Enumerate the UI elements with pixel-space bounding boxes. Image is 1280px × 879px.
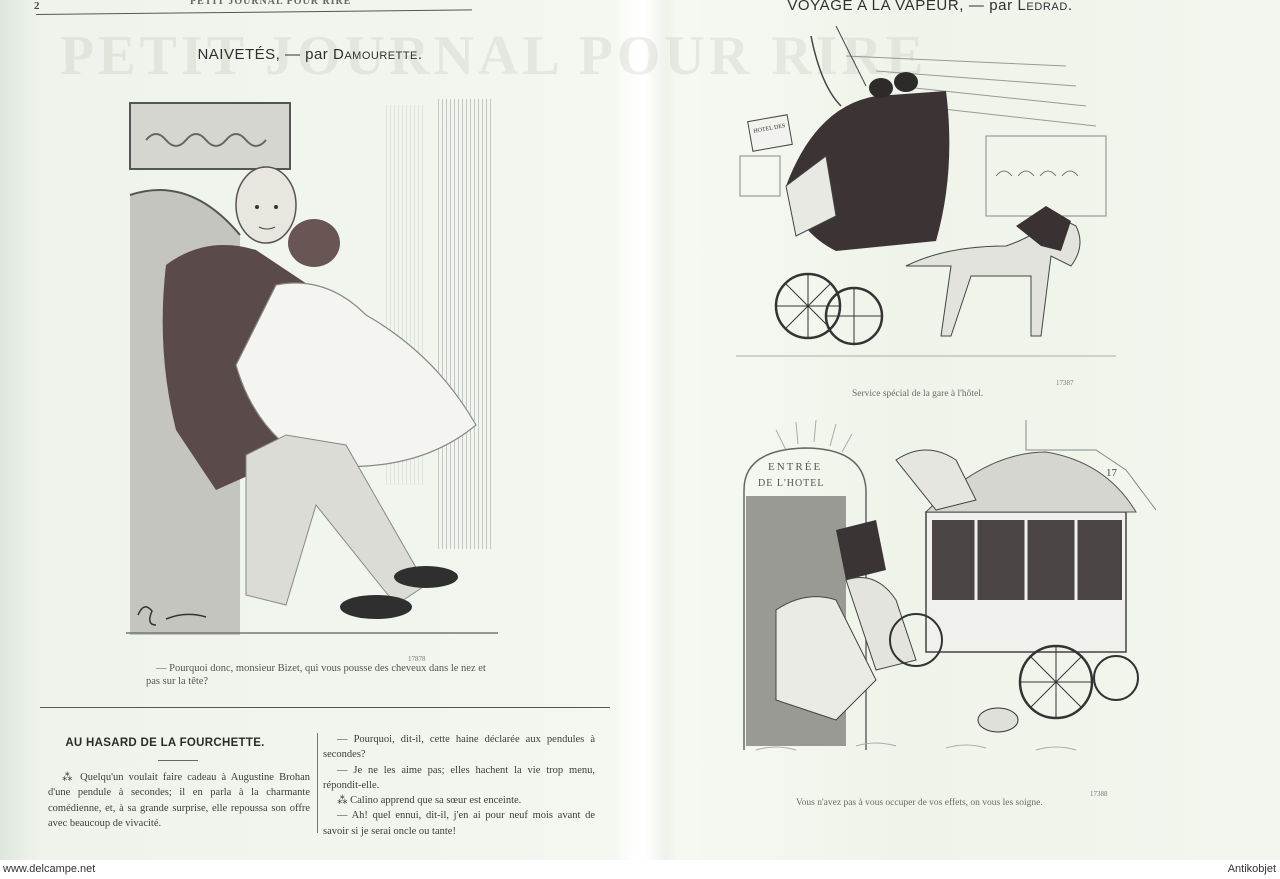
- section-divider: [40, 707, 610, 708]
- title-author: Ledrad.: [1017, 0, 1072, 14]
- illustration-stagecoach: HOTEL DES: [736, 26, 1116, 366]
- header-rule: [36, 9, 472, 15]
- title-text: VOYAGE A LA VAPEUR, — par: [787, 0, 1017, 14]
- paragraph: — Ah! quel ennui, dit-il, j'en ai pour n…: [323, 808, 595, 839]
- title-author: Damourette.: [333, 46, 423, 63]
- left-article-title: NAIVETÉS, — par Damourette.: [140, 46, 480, 63]
- column-2-text: — Pourquoi, dit-il, cette haine déclarée…: [323, 732, 595, 839]
- paragraph: ⁂ Quelqu'un voulait faire cadeau à Augus…: [48, 770, 310, 831]
- caption-stagecoach: Service spécial de la gare à l'hôtel.: [852, 388, 1052, 401]
- seller-name: Antikobjet: [1228, 863, 1276, 875]
- heading-rule: [158, 760, 198, 761]
- right-article-title: VOYAGE A LA VAPEUR, — par Ledrad.: [720, 0, 1140, 14]
- page-gutter: [618, 0, 678, 860]
- column-divider: [317, 733, 318, 833]
- entree-sign-line2: DE L'HOTEL: [758, 478, 825, 489]
- paragraph: ⁂ Calino apprend que sa sœur est enceint…: [323, 793, 595, 808]
- plate-number-1: 17387: [1056, 379, 1074, 387]
- title-text: NAIVETÉS, — par: [197, 46, 333, 63]
- caption-hotel-entrance: Vous n'avez pas à vous occuper de vos ef…: [796, 797, 1096, 810]
- entree-sign-line1: ENTRÉE: [768, 461, 822, 473]
- column-1-text: ⁂ Quelqu'un voulait faire cadeau à Augus…: [48, 770, 310, 831]
- newspaper-spread: 2 PETIT JOURNAL POUR RIRE PETIT JOURNAL …: [0, 0, 1280, 860]
- illustration-hotel-entrance: ENTRÉE DE L'HOTEL 17: [736, 420, 1156, 758]
- illustration-naivetes: [126, 95, 498, 643]
- house-number: 17: [1106, 467, 1118, 479]
- watermark-footer: www.delcampe.net Antikobjet: [0, 860, 1280, 879]
- running-head: PETIT JOURNAL POUR RIRE: [190, 0, 351, 7]
- paragraph: — Pourquoi, dit-il, cette haine déclarée…: [323, 732, 595, 763]
- page-number: 2: [34, 0, 40, 12]
- source-link[interactable]: www.delcampe.net: [3, 863, 95, 875]
- caption-naivetes: — Pourquoi donc, monsieur Bizet, qui vou…: [146, 662, 492, 688]
- paragraph: — Je ne les aime pas; elles hachent la v…: [323, 763, 595, 794]
- column-heading: AU HASARD DE LA FOURCHETTE.: [60, 737, 270, 749]
